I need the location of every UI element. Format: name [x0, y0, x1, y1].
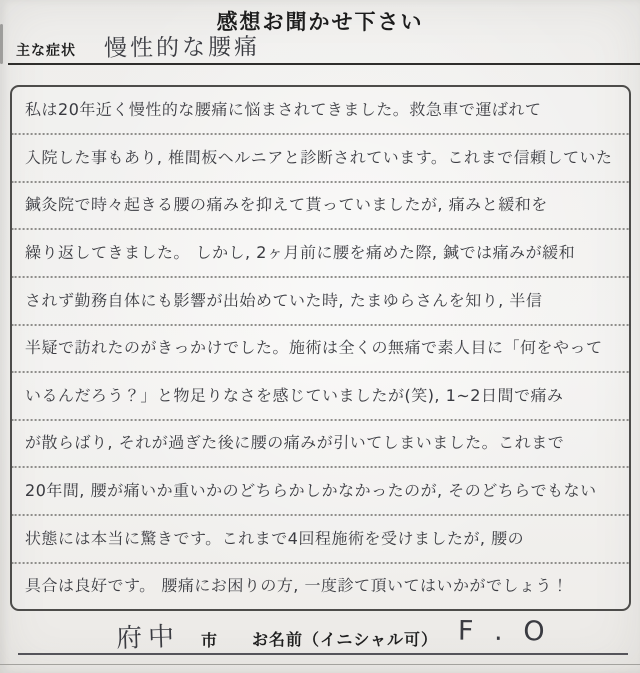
comment-line: 具合は良好です。 腰痛にお困りの方, 一度診て頂いてはいかがでしょう！: [12, 563, 630, 609]
comment-line: 半疑で訪れたのがきっかけでした。施術は全くの無痛で素人目に「何をやって: [12, 325, 630, 373]
comment-line: 状態には本当に驚きです。これまで4回程施術を受けましたが, 腰の: [12, 516, 630, 564]
name-initials-handwritten: F . O: [458, 616, 551, 648]
signature-underline: [18, 653, 628, 655]
comment-box: 私は20年近く慢性的な腰痛に悩まされてきました。救急車で運ばれて 入院した事もあ…: [10, 85, 631, 611]
symptom-label: 主な症状: [16, 40, 76, 60]
comment-line: 繰り返してきました。 しかし, 2ヶ月前に腰を痛めた際, 鍼では痛みが緩和: [12, 230, 630, 278]
symptom-value-handwritten: 慢性的な腰痛: [104, 28, 260, 63]
scanned-feedback-form: 感想お聞かせ下さい 主な症状 慢性的な腰痛 私は20年近く慢性的な腰痛に悩まされ…: [0, 0, 640, 673]
comment-line: 20年間, 腰が痛いか重いかのどちらかしかなかったのが, そのどちらでもない: [12, 468, 630, 516]
page-bottom-rule: [0, 664, 640, 665]
comment-line: が散らばり, それが過ぎた後に腰の痛みが引いてしまいました。これまで: [12, 420, 630, 468]
city-value-handwritten: 府中: [115, 616, 180, 655]
comment-line: 私は20年近く慢性的な腰痛に悩まされてきました。救急車で運ばれて: [12, 87, 630, 135]
comment-line: 入院した事もあり, 椎間板ヘルニアと診断されています。これまで信頼していた: [12, 135, 630, 183]
comment-line: いるんだろう？」と物足りなさを感じていましたが(笑), 1~2日間で痛み: [12, 373, 630, 421]
comment-line: されず勤務自体にも影響が出始めていた時, たまゆらさんを知り, 半信: [12, 278, 630, 326]
comment-line: 鍼灸院で時々起きる腰の痛みを抑えて貰っていましたが, 痛みと緩和を: [12, 182, 630, 230]
signature-row: 府中 市 お名前（イニシャル可） F . O: [0, 610, 640, 673]
form-title: 感想お聞かせ下さい: [0, 6, 640, 36]
symptom-row: 主な症状 慢性的な腰痛: [8, 36, 640, 65]
city-suffix-label: 市: [201, 628, 217, 651]
name-label: お名前（イニシャル可）: [252, 627, 438, 650]
